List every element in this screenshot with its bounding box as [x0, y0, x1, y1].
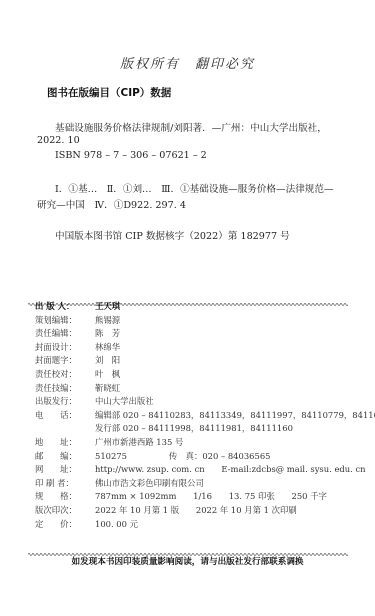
- colophon-label: 网 址：: [35, 463, 95, 475]
- cip-date-line: 2022. 10: [37, 135, 80, 146]
- cip-library-record: 中国版本图书馆 CIP 数据核字（2022）第 182977 号: [55, 228, 290, 242]
- colophon-value: 靳晓虹: [95, 383, 120, 393]
- colophon-row: 发行部 020 – 84111998，84111981，84111160: [35, 422, 293, 434]
- colophon-row: 地 址：广州市新港西路 135 号: [35, 436, 183, 448]
- colophon-row: 定 价：100. 00 元: [35, 518, 138, 530]
- colophon-row: 邮 编：510275 传 真：020 – 84036565: [35, 450, 270, 462]
- colophon-row: 网 址：http://www. zsup. com. cn E-mail:zdc…: [35, 463, 366, 475]
- colophon-row: 封面题字：刘 阳: [35, 354, 120, 366]
- colophon-value: 中山大学出版社: [95, 396, 154, 406]
- colophon-label: 版次印次：: [35, 504, 95, 516]
- colophon-value: 2022 年 10 月第 1 版 2022 年 10 月第 1 次印刷: [95, 505, 297, 515]
- colophon-value: 广州市新港西路 135 号: [95, 437, 183, 447]
- colophon-value: 发行部 020 – 84111998，84111981，84111160: [95, 423, 293, 433]
- colophon-value: 编辑部 020 – 84110283，84113349，84111997，841…: [95, 410, 375, 420]
- colophon-value: 787mm × 1092mm 1/16 13. 75 印张 250 千字: [95, 491, 327, 501]
- colophon-row: 版次印次：2022 年 10 月第 1 版 2022 年 10 月第 1 次印刷: [35, 504, 297, 516]
- colophon-row: 策划编辑：熊锡源: [35, 314, 120, 326]
- copyright-notice: 版权所有 翻印必究: [0, 53, 375, 72]
- colophon-row: 责任技编：靳晓虹: [35, 382, 120, 394]
- colophon-row: 出 版 人：王天琪: [35, 300, 120, 312]
- colophon-label: 责任技编：: [35, 382, 95, 394]
- colophon-value: 刘 阳: [95, 355, 120, 365]
- colophon-label: 封面设计：: [35, 341, 95, 353]
- colophon-label: 印 刷 者：: [35, 477, 95, 489]
- colophon-label: 责任校对：: [35, 368, 95, 380]
- colophon-row: 印 刷 者：佛山市浩文彩色印刷有限公司: [35, 477, 204, 489]
- colophon-row: 电 话：编辑部 020 – 84110283，84113349，84111997…: [35, 409, 375, 421]
- cip-heading: 图书在版编目（CIP）数据: [47, 85, 171, 100]
- colophon-value: 熊锡源: [95, 315, 120, 325]
- colophon-label: 封面题字：: [35, 354, 95, 366]
- colophon-label: 定 价：: [35, 518, 95, 530]
- colophon-row: 出版发行：中山大学出版社: [35, 395, 154, 407]
- colophon-value: 王天琪: [95, 301, 120, 311]
- colophon-label: 出 版 人：: [35, 300, 95, 312]
- cip-classification-line-1: Ⅰ．①基… Ⅱ．①刘… Ⅲ．①基础设施—服务价格—法律规范—: [55, 181, 334, 195]
- colophon-value: 100. 00 元: [95, 519, 138, 529]
- cip-classification-line-2: 研究—中国 Ⅳ．①D922. 297. 4: [37, 197, 186, 211]
- colophon-value: 叶 枫: [95, 369, 120, 379]
- colophon-label: 责任编辑：: [35, 327, 95, 339]
- colophon-value: 510275 传 真：020 – 84036565: [95, 451, 270, 461]
- colophon-value: http://www. zsup. com. cn E-mail:zdcbs@ …: [95, 464, 366, 474]
- colophon-row: 封面设计：林绵华: [35, 341, 120, 353]
- colophon-label: 邮 编：: [35, 450, 95, 462]
- quality-notice: 如发现本书因印装质量影响阅读，请与出版社发行部联系调换: [0, 555, 375, 567]
- colophon-label: 出版发行：: [35, 395, 95, 407]
- colophon-row: 责任编辑：陈 芳: [35, 327, 120, 339]
- colophon-label: 规 格：: [35, 490, 95, 502]
- colophon-value: 佛山市浩文彩色印刷有限公司: [95, 478, 204, 488]
- colophon-label: 地 址：: [35, 436, 95, 448]
- colophon-row: 规 格：787mm × 1092mm 1/16 13. 75 印张 250 千字: [35, 490, 327, 502]
- cip-title-line: 基础设施服务价格法律规制/刘阳著．—广州：中山大学出版社，: [55, 120, 327, 134]
- cip-isbn: ISBN 978 – 7 – 306 – 07621 – 2: [55, 150, 207, 161]
- colophon-label: 电 话：: [35, 409, 95, 421]
- colophon-value: 陈 芳: [95, 328, 120, 338]
- colophon-label: 策划编辑：: [35, 314, 95, 326]
- colophon-row: 责任校对：叶 枫: [35, 368, 120, 380]
- colophon-value: 林绵华: [95, 342, 120, 352]
